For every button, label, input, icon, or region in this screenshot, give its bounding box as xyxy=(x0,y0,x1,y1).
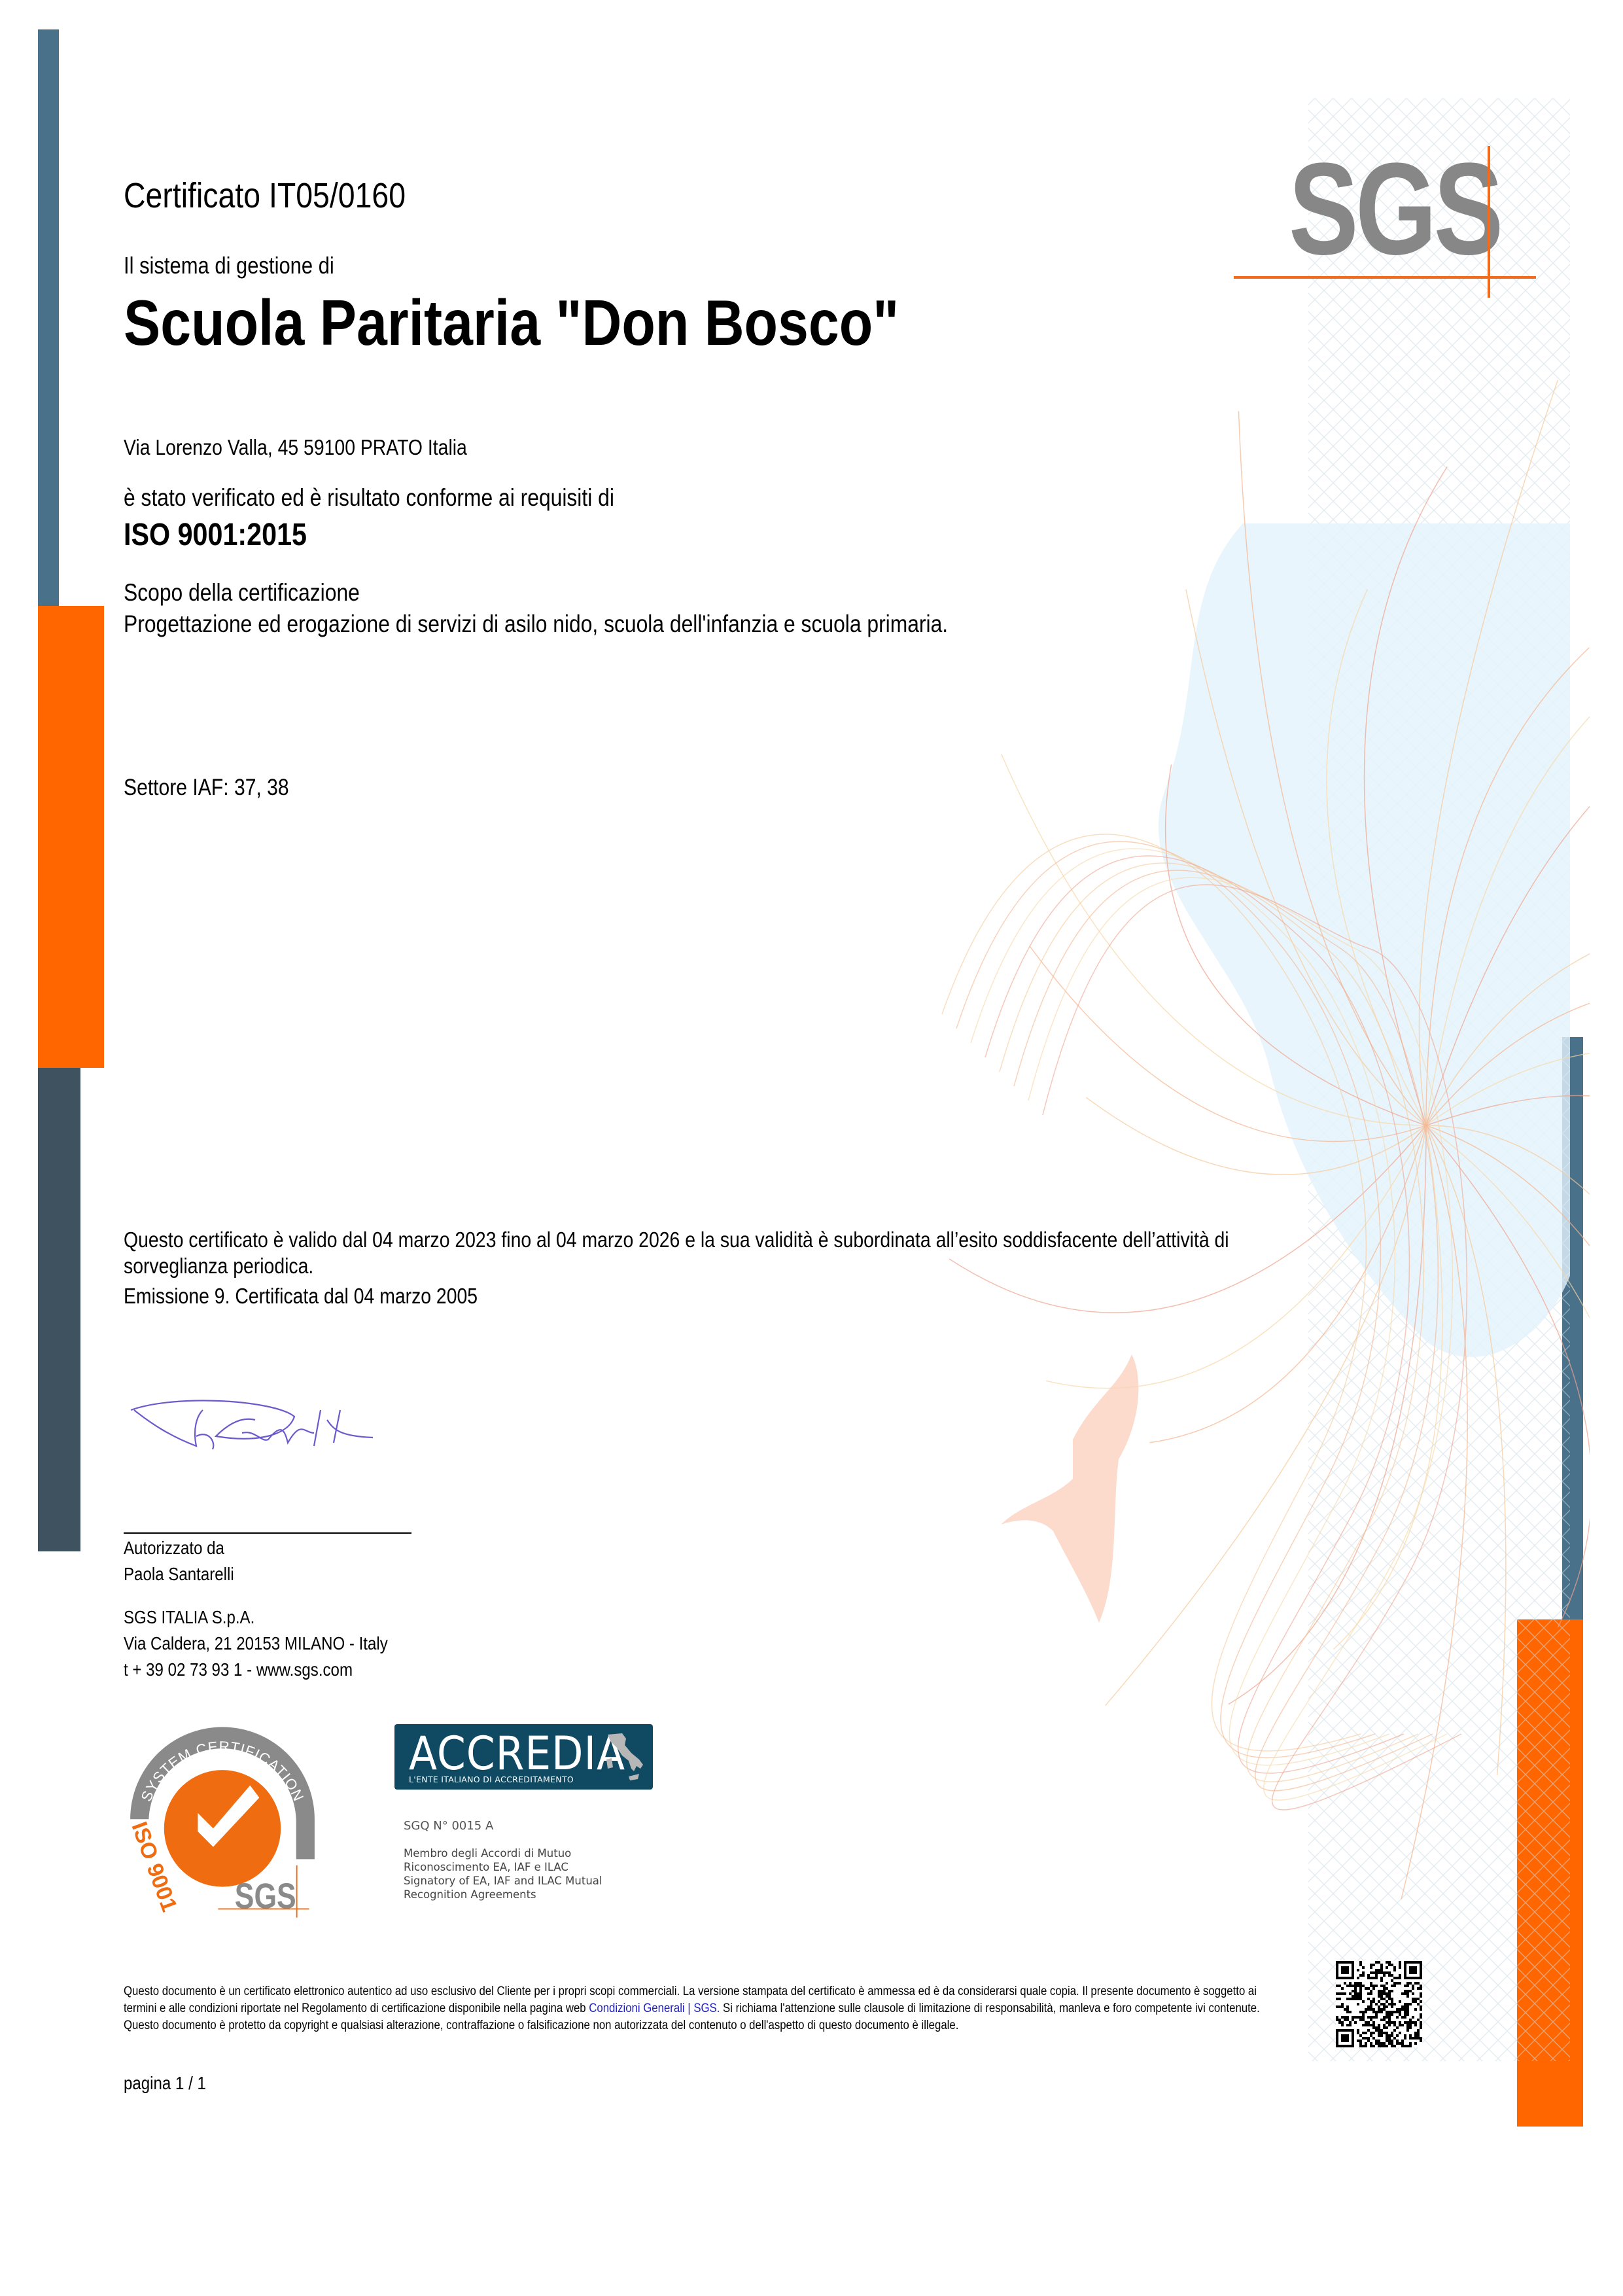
qr-code-icon[interactable] xyxy=(1336,1961,1422,2047)
guilloche-watermark xyxy=(903,98,1590,2159)
right-bar-orange xyxy=(1517,1619,1583,2127)
standard-name: ISO 9001:2015 xyxy=(124,517,307,553)
accredia-name: ACCREDIA xyxy=(409,1727,625,1780)
iaf-sector: Settore IAF: 37, 38 xyxy=(124,775,289,801)
badge-brand: SGS xyxy=(235,1877,296,1916)
accreditation-note-line: Signatory of EA, IAF and ILAC Mutual xyxy=(404,1874,602,1888)
scope-text: Progettazione ed erogazione di servizi d… xyxy=(124,610,948,638)
scope-label: Scopo della certificazione xyxy=(124,579,360,607)
accreditation-note-line: Membro degli Accordi di Mutuo xyxy=(404,1846,602,1860)
validity-line-2: sorveglianza periodica. xyxy=(124,1254,313,1279)
issuer-contact: t + 39 02 73 93 1 - www.sgs.com xyxy=(124,1657,388,1683)
legal-disclaimer: Questo documento è un certificato elettr… xyxy=(124,1983,1277,2034)
signature-image xyxy=(124,1397,412,1456)
validity-line-1: Questo certificato è valido dal 04 marzo… xyxy=(124,1227,1229,1252)
page-number: pagina 1 / 1 xyxy=(124,2073,206,2094)
issuer-address: Via Caldera, 21 20153 MILANO - Italy xyxy=(124,1631,388,1657)
signatory-name: Paola Santarelli xyxy=(124,1561,234,1587)
signature-line xyxy=(124,1532,411,1534)
issue-info: Emissione 9. Certificata dal 04 marzo 20… xyxy=(124,1284,478,1309)
left-bar-blue xyxy=(38,29,59,607)
italy-map-icon xyxy=(602,1731,648,1786)
conformity-statement: è stato verificato ed è risultato confor… xyxy=(124,484,614,512)
signatory-block: Autorizzato da Paola Santarelli xyxy=(124,1535,234,1587)
accreditation-note-line: Riconoscimento EA, IAF e ILAC xyxy=(404,1860,602,1874)
accredia-logo: ACCREDIA L'ENTE ITALIANO DI ACCREDITAMEN… xyxy=(394,1724,653,1790)
accredia-subtitle: L'ENTE ITALIANO DI ACCREDITAMENTO xyxy=(409,1775,574,1784)
issuer-company: SGS ITALIA S.p.A. xyxy=(124,1604,388,1631)
general-conditions-link[interactable]: Condizioni Generali | SGS. xyxy=(589,2001,720,2015)
issuer-block: SGS ITALIA S.p.A. Via Caldera, 21 20153 … xyxy=(124,1604,388,1683)
iso-9001-certification-badge: SYSTEM CERTIFICATION ISO 9001 SGS xyxy=(118,1721,327,1924)
sgs-logo: SGS xyxy=(1223,131,1550,281)
left-bar-orange xyxy=(38,606,104,1068)
accreditation-note: Membro degli Accordi di Mutuo Riconoscim… xyxy=(404,1846,602,1901)
management-system-intro: Il sistema di gestione di xyxy=(124,252,334,279)
logo-horizontal-rule xyxy=(1234,276,1536,279)
certificate-number: Certificato IT05/0160 xyxy=(124,175,406,216)
authorized-label: Autorizzato da xyxy=(124,1535,234,1561)
organization-name: Scuola Paritaria "Don Bosco" xyxy=(124,286,899,360)
organization-address: Via Lorenzo Valla, 45 59100 PRATO Italia xyxy=(124,435,467,460)
left-bar-slate xyxy=(38,1068,80,1551)
accreditation-number: SGQ N° 0015 A xyxy=(404,1819,493,1833)
logo-vertical-rule xyxy=(1488,146,1490,298)
sgs-logo-text: SGS xyxy=(1289,144,1501,275)
right-bar-blue xyxy=(1562,1037,1583,1620)
bird-silhouette xyxy=(1001,1354,1138,1623)
accreditation-note-line: Recognition Agreements xyxy=(404,1888,602,1901)
